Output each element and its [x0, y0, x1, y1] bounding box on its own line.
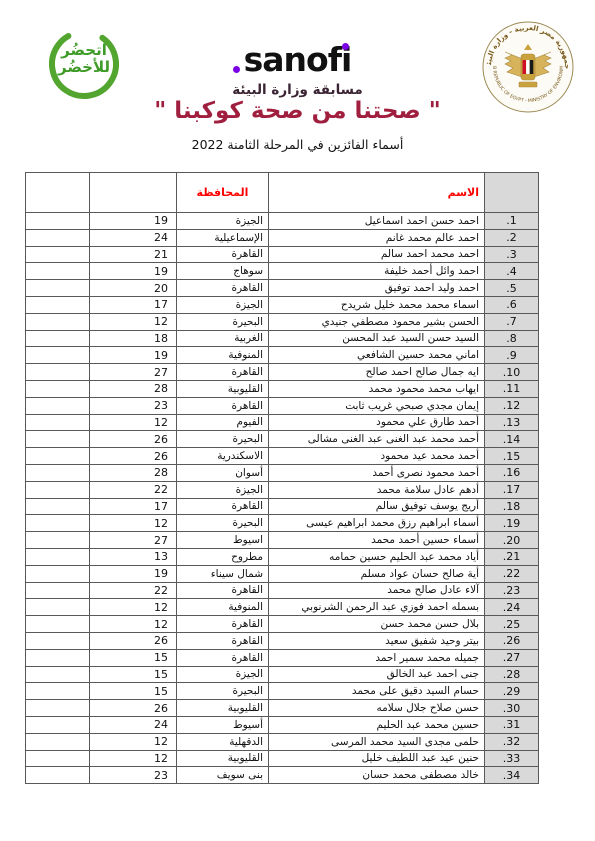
header-number — [485, 173, 539, 213]
governorate: أسوان — [177, 464, 269, 481]
blank-cell — [26, 263, 90, 280]
table-row: 30.حسن صلاح جلال سلامهالقليوبية26 — [26, 700, 539, 717]
governorate: القاهرة — [177, 582, 269, 599]
row-number: 10. — [485, 364, 539, 381]
age-value: 17 — [90, 498, 177, 515]
winner-name: احمد وليد احمد توفيق — [269, 280, 485, 297]
sanofi-purple-dot-icon — [233, 66, 240, 73]
winners-table: الاسم المحافظة 1.احمد حسن احمد اسماعيلال… — [25, 172, 539, 784]
age-value: 19 — [90, 213, 177, 230]
blank-cell — [26, 364, 90, 381]
winner-name: خالد مصطفى محمد حسان — [269, 767, 485, 784]
winner-name: أحمد محمد عبد الغنى عبد الغنى مشالى — [269, 431, 485, 448]
page-subtitle: أسماء الفائزين في المرحلة الثامنة 2022 — [0, 137, 595, 152]
row-number: 24. — [485, 599, 539, 616]
table-row: 22.أية صالح حسان عواد مسلمشمال سيناء19 — [26, 565, 539, 582]
age-value: 22 — [90, 481, 177, 498]
row-number: 19. — [485, 515, 539, 532]
winner-name: اسماء محمد محمد خليل شريدح — [269, 296, 485, 313]
governorate: البحيرة — [177, 515, 269, 532]
blank-cell — [26, 431, 90, 448]
blank-cell — [26, 616, 90, 633]
table-row: 28.جنى احمد عبد الخالقالجيزة15 — [26, 666, 539, 683]
blank-cell — [26, 380, 90, 397]
row-number: 33. — [485, 750, 539, 767]
blank-cell — [26, 750, 90, 767]
table-row: 32.حلمى مجدى السيد محمد المرسىالدقهلية12 — [26, 733, 539, 750]
table-row: 23.آلاء عادل صالح محمدالقاهرة22 — [26, 582, 539, 599]
age-value: 27 — [90, 532, 177, 549]
governorate: القليوبية — [177, 750, 269, 767]
row-number: 29. — [485, 683, 539, 700]
blank-cell — [26, 565, 90, 582]
blank-cell — [26, 296, 90, 313]
governorate: اسيوط — [177, 532, 269, 549]
blank-cell — [26, 313, 90, 330]
governorate: القاهرة — [177, 364, 269, 381]
row-number: 12. — [485, 397, 539, 414]
blank-cell — [26, 632, 90, 649]
age-value: 26 — [90, 431, 177, 448]
row-number: 21. — [485, 548, 539, 565]
age-value: 24 — [90, 229, 177, 246]
table-row: 4.احمد وائل أحمد خليفةسوهاج19 — [26, 263, 539, 280]
winners-table-wrap: الاسم المحافظة 1.احمد حسن احمد اسماعيلال… — [25, 172, 539, 784]
governorate: المنوفية — [177, 347, 269, 364]
document-page: اتحضُر للأخضُر sanofi جمهورية مصر العربي… — [0, 0, 595, 841]
governorate: البحيرة — [177, 683, 269, 700]
table-row: 6.اسماء محمد محمد خليل شريدحالجيزة17 — [26, 296, 539, 313]
row-number: 18. — [485, 498, 539, 515]
blank-cell — [26, 448, 90, 465]
governorate: الإسماعيلية — [177, 229, 269, 246]
age-value: 17 — [90, 296, 177, 313]
governorate: الجيزة — [177, 666, 269, 683]
table-row: 10.ايه جمال صالح احمد صالحالقاهرة27 — [26, 364, 539, 381]
table-row: 11.ايهاب محمد محمود محمدالقليوبية28 — [26, 380, 539, 397]
blank-cell — [26, 515, 90, 532]
winner-name: احمد عالم محمد غانم — [269, 229, 485, 246]
sanofi-wordmark: sanofi — [244, 40, 352, 79]
age-value: 28 — [90, 464, 177, 481]
winner-name: حلمى مجدى السيد محمد المرسى — [269, 733, 485, 750]
table-row: 7.الحسن بشير محمود مصطفي جنيديالبحيرة12 — [26, 313, 539, 330]
governorate: القاهرة — [177, 649, 269, 666]
row-number: 5. — [485, 280, 539, 297]
row-number: 17. — [485, 481, 539, 498]
age-value: 15 — [90, 683, 177, 700]
age-value: 19 — [90, 565, 177, 582]
header-age — [90, 173, 177, 213]
table-row: 2.احمد عالم محمد غانمالإسماعيلية24 — [26, 229, 539, 246]
table-row: 18.أريج يوسف توفيق سالمالقاهرة17 — [26, 498, 539, 515]
page-title: " صحتنا من صحة كوكبنا " — [0, 98, 595, 124]
table-row: 26.بيتر وحيد شفيق سعيدالقاهرة26 — [26, 632, 539, 649]
row-number: 11. — [485, 380, 539, 397]
row-number: 7. — [485, 313, 539, 330]
blank-cell — [26, 414, 90, 431]
blank-cell — [26, 649, 90, 666]
blank-cell — [26, 481, 90, 498]
winner-name: حسين محمد عبد الحليم — [269, 716, 485, 733]
table-row: 31.حسين محمد عبد الحليمأسيوط24 — [26, 716, 539, 733]
winner-name: بلال حسن محمد حسن — [269, 616, 485, 633]
governorate: الفيوم — [177, 414, 269, 431]
governorate: القليوبية — [177, 700, 269, 717]
table-row: 33.حنين عيد عبد اللطيف خليلالقليوبية12 — [26, 750, 539, 767]
winner-name: احمد محمد احمد سالم — [269, 246, 485, 263]
blank-cell — [26, 213, 90, 230]
header-blank — [26, 173, 90, 213]
table-row: 1.احمد حسن احمد اسماعيلالجيزة19 — [26, 213, 539, 230]
row-number: 1. — [485, 213, 539, 230]
blank-cell — [26, 397, 90, 414]
row-number: 25. — [485, 616, 539, 633]
age-value: 23 — [90, 397, 177, 414]
row-number: 20. — [485, 532, 539, 549]
header-name: الاسم — [269, 173, 485, 213]
table-row: 17.أدهم عادل سلامة محمدالجيزة22 — [26, 481, 539, 498]
winner-name: ايهاب محمد محمود محمد — [269, 380, 485, 397]
governorate: الاسكندرية — [177, 448, 269, 465]
winner-name: حسام السيد دقيق على محمد — [269, 683, 485, 700]
row-number: 8. — [485, 330, 539, 347]
age-value: 26 — [90, 448, 177, 465]
governorate: البحيرة — [177, 431, 269, 448]
row-number: 14. — [485, 431, 539, 448]
table-row: 8.السيد حسن السيد عبد المحسنالغربية18 — [26, 330, 539, 347]
blank-cell — [26, 464, 90, 481]
age-value: 22 — [90, 582, 177, 599]
winner-name: أسماء حسين أحمد محمد — [269, 532, 485, 549]
blank-cell — [26, 280, 90, 297]
row-number: 27. — [485, 649, 539, 666]
table-row: 14.أحمد محمد عبد الغنى عبد الغنى مشالىال… — [26, 431, 539, 448]
blank-cell — [26, 532, 90, 549]
age-value: 26 — [90, 632, 177, 649]
blank-cell — [26, 330, 90, 347]
row-number: 15. — [485, 448, 539, 465]
age-value: 12 — [90, 414, 177, 431]
row-number: 9. — [485, 347, 539, 364]
blank-cell — [26, 767, 90, 784]
winner-name: آلاء عادل صالح محمد — [269, 582, 485, 599]
row-number: 13. — [485, 414, 539, 431]
table-row: 21.أياد محمد عبد الحليم حسين حمامهمطروح1… — [26, 548, 539, 565]
table-row: 20.أسماء حسين أحمد محمداسيوط27 — [26, 532, 539, 549]
age-value: 24 — [90, 716, 177, 733]
governorate: الغربية — [177, 330, 269, 347]
row-number: 22. — [485, 565, 539, 582]
table-row: 13.أحمد طارق علي محمودالفيوم12 — [26, 414, 539, 431]
row-number: 34. — [485, 767, 539, 784]
winner-name: الحسن بشير محمود مصطفي جنيدي — [269, 313, 485, 330]
winner-name: بيتر وحيد شفيق سعيد — [269, 632, 485, 649]
governorate: الجيزة — [177, 213, 269, 230]
age-value: 19 — [90, 263, 177, 280]
row-number: 31. — [485, 716, 539, 733]
governorate: سوهاج — [177, 263, 269, 280]
row-number: 23. — [485, 582, 539, 599]
blank-cell — [26, 666, 90, 683]
table-row: 19.أسماء ابراهيم رزق محمد ابراهيم عيسىال… — [26, 515, 539, 532]
governorate: بنى سويف — [177, 767, 269, 784]
governorate: القاهرة — [177, 616, 269, 633]
governorate: المنوفية — [177, 599, 269, 616]
winner-name: جنى احمد عبد الخالق — [269, 666, 485, 683]
age-value: 12 — [90, 750, 177, 767]
table-row: 15.أحمد محمد عيد محمودالاسكندرية26 — [26, 448, 539, 465]
header-governorate: المحافظة — [177, 173, 269, 213]
age-value: 12 — [90, 515, 177, 532]
age-value: 15 — [90, 666, 177, 683]
blank-cell — [26, 548, 90, 565]
row-number: 30. — [485, 700, 539, 717]
winner-name: حسن صلاح جلال سلامه — [269, 700, 485, 717]
governorate: شمال سيناء — [177, 565, 269, 582]
row-number: 32. — [485, 733, 539, 750]
row-number: 2. — [485, 229, 539, 246]
blank-cell — [26, 733, 90, 750]
governorate: القاهرة — [177, 498, 269, 515]
blank-cell — [26, 599, 90, 616]
winner-name: أحمد طارق علي محمود — [269, 414, 485, 431]
row-number: 28. — [485, 666, 539, 683]
age-value: 19 — [90, 347, 177, 364]
age-value: 12 — [90, 599, 177, 616]
governorate: الجيزة — [177, 296, 269, 313]
winner-name: أحمد محمد عيد محمود — [269, 448, 485, 465]
age-value: 13 — [90, 548, 177, 565]
governorate: أسيوط — [177, 716, 269, 733]
governorate: القليوبية — [177, 380, 269, 397]
governorate: القاهرة — [177, 397, 269, 414]
table-row: 5.احمد وليد احمد توفيقالقاهرة20 — [26, 280, 539, 297]
governorate: البحيرة — [177, 313, 269, 330]
row-number: 4. — [485, 263, 539, 280]
row-number: 6. — [485, 296, 539, 313]
blank-cell — [26, 246, 90, 263]
table-row: 24.بسمله احمد فوزي عبد الرحمن الشرنوبيال… — [26, 599, 539, 616]
table-row: 25.بلال حسن محمد حسنالقاهرة12 — [26, 616, 539, 633]
blank-cell — [26, 683, 90, 700]
table-row: 16.أحمد محمود نصرى أحمدأسوان28 — [26, 464, 539, 481]
blank-cell — [26, 347, 90, 364]
age-value: 12 — [90, 616, 177, 633]
winner-name: أحمد محمود نصرى أحمد — [269, 464, 485, 481]
winner-name: جميله محمد سمير احمد — [269, 649, 485, 666]
table-row: 34.خالد مصطفى محمد حسانبنى سويف23 — [26, 767, 539, 784]
winner-name: بسمله احمد فوزي عبد الرحمن الشرنوبي — [269, 599, 485, 616]
governorate: الجيزة — [177, 481, 269, 498]
table-row: 27.جميله محمد سمير احمدالقاهرة15 — [26, 649, 539, 666]
winner-name: احمد حسن احمد اسماعيل — [269, 213, 485, 230]
row-number: 26. — [485, 632, 539, 649]
age-value: 18 — [90, 330, 177, 347]
governorate: مطروح — [177, 548, 269, 565]
blank-cell — [26, 582, 90, 599]
age-value: 21 — [90, 246, 177, 263]
winner-name: احمد وائل أحمد خليفة — [269, 263, 485, 280]
age-value: 23 — [90, 767, 177, 784]
blank-cell — [26, 716, 90, 733]
age-value: 12 — [90, 733, 177, 750]
winner-name: ايه جمال صالح احمد صالح — [269, 364, 485, 381]
table-header-row: الاسم المحافظة — [26, 173, 539, 213]
blank-cell — [26, 700, 90, 717]
age-value: 26 — [90, 700, 177, 717]
age-value: 27 — [90, 364, 177, 381]
winner-name: السيد حسن السيد عبد المحسن — [269, 330, 485, 347]
winner-name: أريج يوسف توفيق سالم — [269, 498, 485, 515]
age-value: 12 — [90, 313, 177, 330]
winner-name: أسماء ابراهيم رزق محمد ابراهيم عيسى — [269, 515, 485, 532]
winner-name: أية صالح حسان عواد مسلم — [269, 565, 485, 582]
governorate: القاهرة — [177, 632, 269, 649]
blank-cell — [26, 498, 90, 515]
winner-name: إيمان مجدي صبحي غريب ثابت — [269, 397, 485, 414]
row-number: 3. — [485, 246, 539, 263]
winner-name: حنين عيد عبد اللطيف خليل — [269, 750, 485, 767]
winner-name: أياد محمد عبد الحليم حسين حمامه — [269, 548, 485, 565]
table-row: 3.احمد محمد احمد سالمالقاهرة21 — [26, 246, 539, 263]
table-row: 29.حسام السيد دقيق على محمدالبحيرة15 — [26, 683, 539, 700]
blank-cell — [26, 229, 90, 246]
governorate: الدقهلية — [177, 733, 269, 750]
age-value: 20 — [90, 280, 177, 297]
table-row: 12.إيمان مجدي صبحي غريب ثابتالقاهرة23 — [26, 397, 539, 414]
row-number: 16. — [485, 464, 539, 481]
governorate: القاهرة — [177, 246, 269, 263]
age-value: 28 — [90, 380, 177, 397]
winner-name: اماني محمد حسين الشافعي — [269, 347, 485, 364]
table-row: 9.اماني محمد حسين الشافعيالمنوفية19 — [26, 347, 539, 364]
governorate: القاهرة — [177, 280, 269, 297]
age-value: 15 — [90, 649, 177, 666]
competition-line: مسابقة وزارة البيئة — [0, 82, 595, 98]
winner-name: أدهم عادل سلامة محمد — [269, 481, 485, 498]
